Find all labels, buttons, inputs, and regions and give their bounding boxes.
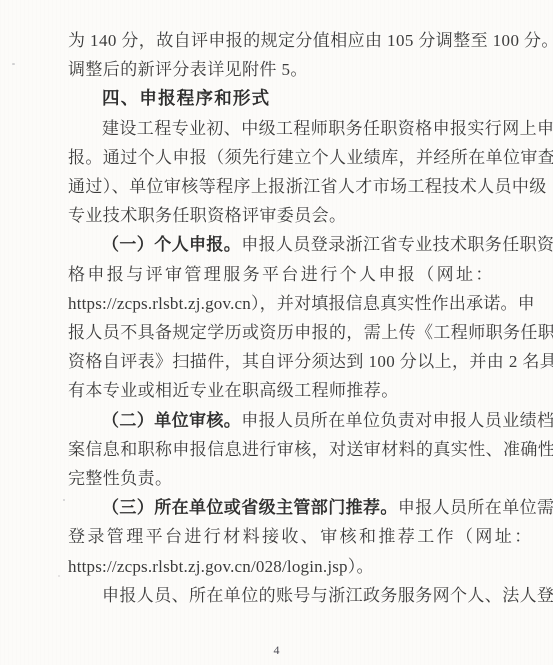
item-lead-text: 申报人员所在单位需 — [398, 498, 553, 517]
item-label: （二）单位审核。 — [102, 411, 241, 430]
scan-speck — [63, 499, 65, 501]
item-heading-line: （二）单位审核。申报人员所在单位负责对申报人员业绩档 — [68, 406, 494, 435]
text-line-url: https://zcps.rlsbt.zj.gov.cn/028/login.j… — [68, 552, 494, 581]
text-line: 通过）、单位审核等程序上报浙江省人才市场工程技术人员中级 — [68, 172, 494, 201]
text-line: 格申报与评审管理服务平台进行个人申报（网址： — [68, 260, 494, 289]
page-number: 4 — [0, 643, 553, 658]
text-line: 案信息和职称申报信息进行审核，对送审材料的真实性、准确性、 — [68, 435, 494, 464]
text-line-url: https://zcps.rlsbt.zj.gov.cn），并对填报信息真实性作… — [68, 289, 494, 318]
text-line: 登录管理平台进行材料接收、审核和推荐工作（网址： — [68, 522, 494, 551]
item-lead-text: 申报人员所在单位负责对申报人员业绩档 — [241, 411, 553, 430]
text-line: 有本专业或相近专业在职高级工程师推荐。 — [68, 376, 494, 405]
text-line: 调整后的新评分表详见附件 5。 — [68, 55, 494, 84]
item-label: （一）个人申报。 — [102, 235, 241, 254]
text-line: 资格自评表》扫描件，其自评分须达到 100 分以上，并由 2 名具 — [68, 347, 494, 376]
scan-speck — [58, 575, 60, 577]
item-label: （三）所在单位或省级主管部门推荐。 — [102, 498, 398, 517]
document-text-block: 为 140 分，故自评申报的规定分值相应由 105 分调整至 100 分。 调整… — [68, 26, 494, 610]
text-line: 报人员不具备规定学历或资历申报的，需上传《工程师职务任职 — [68, 318, 494, 347]
text-line: 建设工程专业初、中级工程师职务任职资格申报实行网上申 — [68, 114, 494, 143]
scanned-document-page: 为 140 分，故自评申报的规定分值相应由 105 分调整至 100 分。 调整… — [0, 0, 553, 665]
text-line: 报。通过个人申报（须先行建立个人业绩库，并经所在单位审查 — [68, 143, 494, 172]
text-line: 完整性负责。 — [68, 464, 494, 493]
text-line: 专业技术职务任职资格评审委员会。 — [68, 201, 494, 230]
item-heading-line: （一）个人申报。申报人员登录浙江省专业技术职务任职资 — [68, 230, 494, 259]
text-line: 申报人员、所在单位的账号与浙江政务服务网个人、法人登 — [68, 581, 494, 610]
scan-speck — [12, 63, 15, 65]
item-heading-line: （三）所在单位或省级主管部门推荐。申报人员所在单位需 — [68, 493, 494, 522]
text-line: 为 140 分，故自评申报的规定分值相应由 105 分调整至 100 分。 — [68, 26, 494, 55]
item-lead-text: 申报人员登录浙江省专业技术职务任职资 — [241, 235, 553, 254]
section-heading: 四、申报程序和形式 — [68, 84, 494, 113]
